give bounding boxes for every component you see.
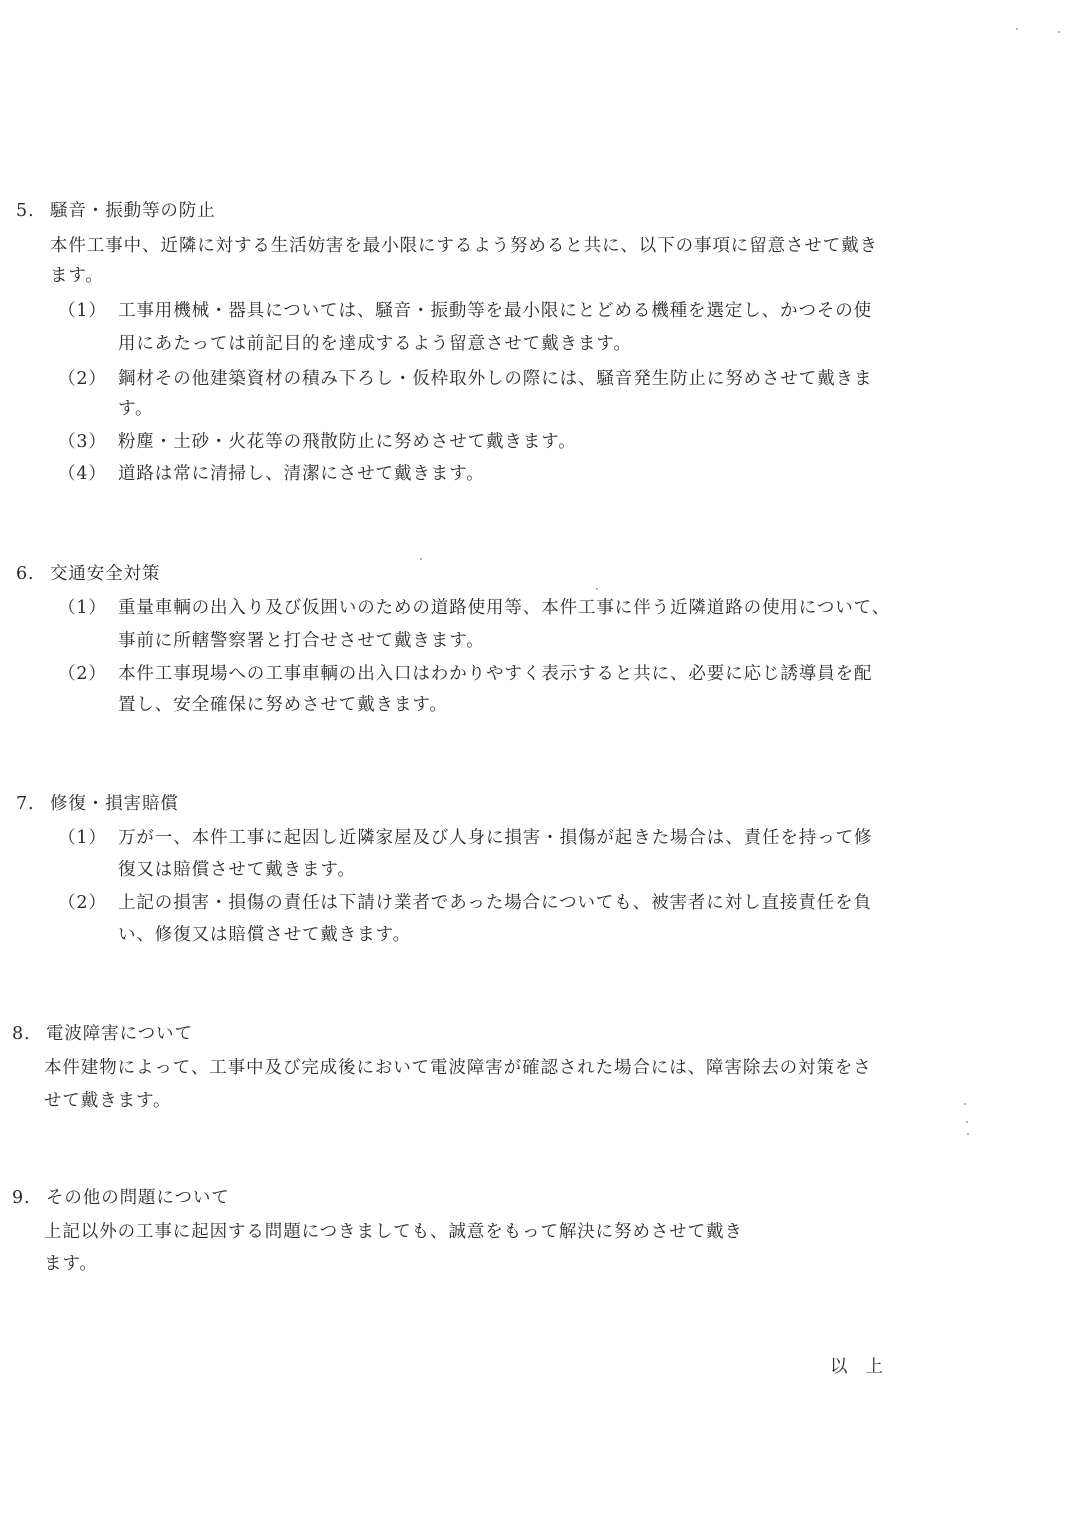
item-text: 万が一、本件工事に起因し近隣家屋及び人身に損害・損傷が起きた場合は、責任を持って… <box>118 828 872 848</box>
section-5-item-1-cont: 用にあたっては前記目的を達成するよう留意させて戴きます。 <box>118 333 632 355</box>
section-title: 電波障害について <box>46 1024 193 1044</box>
section-9-intro-line-1: 上記以外の工事に起因する問題につきましても、誠意をもって解決に努めさせて戴き <box>44 1221 743 1243</box>
section-6-item-1: （1）重量車輌の出入り及び仮囲いのための道路使用等、本件工事に伴う近隣道路の使用… <box>58 597 890 619</box>
document-page: 5.騒音・振動等の防止 本件工事中、近隣に対する生活妨害を最小限にするよう努める… <box>0 0 1086 1536</box>
item-text: 工事用機械・器具については、騒音・振動等を最小限にとどめる機種を選定し、かつその… <box>118 301 872 321</box>
section-6-item-1-cont: 事前に所轄警察署と打合せさせて戴きます。 <box>118 630 485 652</box>
section-number: 7. <box>16 793 50 815</box>
item-label: （2） <box>58 368 118 390</box>
item-label: （1） <box>58 597 118 619</box>
section-5-heading: 5.騒音・振動等の防止 <box>16 200 216 222</box>
item-text: 本件工事現場への工事車輌の出入口はわかりやすく表示すると共に、必要に応じ誘導員を… <box>118 664 872 684</box>
section-number: 8. <box>12 1023 46 1045</box>
section-5-item-2: （2）鋼材その他建築資材の積み下ろし・仮枠取外しの際には、騒音発生防止に努めさせ… <box>58 368 872 390</box>
section-6-item-2-cont: 置し、安全確保に努めさせて戴きます。 <box>118 694 448 716</box>
item-text: 鋼材その他建築資材の積み下ろし・仮枠取外しの際には、騒音発生防止に努めさせて戴き… <box>118 369 872 389</box>
section-5-intro-line-2: ます。 <box>50 265 104 287</box>
item-text: 重量車輌の出入り及び仮囲いのための道路使用等、本件工事に伴う近隣道路の使用につい… <box>118 598 890 618</box>
scan-speck <box>420 558 422 560</box>
scan-speck <box>967 1133 969 1135</box>
scan-speck <box>596 588 598 590</box>
section-5-item-3: （3）粉塵・土砂・火花等の飛散防止に努めさせて戴きます。 <box>58 431 577 453</box>
scan-speck <box>1058 31 1060 33</box>
section-number: 9. <box>12 1187 46 1209</box>
section-5-item-4: （4）道路は常に清掃し、清潔にさせて戴きます。 <box>58 463 485 485</box>
section-8-intro-line-2: せて戴きます。 <box>44 1090 171 1112</box>
item-text: 粉塵・土砂・火花等の飛散防止に努めさせて戴きます。 <box>118 432 577 452</box>
section-title: 修復・損害賠償 <box>50 794 179 814</box>
item-label: （2） <box>58 892 118 914</box>
section-8-heading: 8.電波障害について <box>12 1023 193 1045</box>
section-number: 6. <box>16 563 50 585</box>
section-5-intro-line-1: 本件工事中、近隣に対する生活妨害を最小限にするよう努めると共に、以下の事項に留意… <box>50 235 878 257</box>
scan-speck <box>1016 28 1018 30</box>
section-title: 騒音・振動等の防止 <box>50 201 216 221</box>
section-7-heading: 7.修復・損害賠償 <box>16 793 179 815</box>
closing-mark: 以上 <box>830 1356 901 1378</box>
item-label: （3） <box>58 431 118 453</box>
section-9-intro-line-2: ます。 <box>44 1253 98 1275</box>
section-5-item-1: （1）工事用機械・器具については、騒音・振動等を最小限にとどめる機種を選定し、か… <box>58 300 872 322</box>
section-5-item-2-cont: す。 <box>118 398 153 420</box>
section-7-item-1: （1）万が一、本件工事に起因し近隣家屋及び人身に損害・損傷が起きた場合は、責任を… <box>58 827 872 849</box>
section-title: その他の問題について <box>46 1188 230 1208</box>
scan-speck <box>964 1103 966 1105</box>
section-9-heading: 9.その他の問題について <box>12 1187 230 1209</box>
item-label: （1） <box>58 827 118 849</box>
section-6-item-2: （2）本件工事現場への工事車輌の出入口はわかりやすく表示すると共に、必要に応じ誘… <box>58 663 872 685</box>
section-7-item-2-cont: い、修復又は賠償させて戴きます。 <box>118 924 411 946</box>
section-title: 交通安全対策 <box>50 564 160 584</box>
item-label: （4） <box>58 463 118 485</box>
item-text: 上記の損害・損傷の責任は下請け業者であった場合についても、被害者に対し直接責任を… <box>118 893 872 913</box>
item-label: （1） <box>58 300 118 322</box>
section-6-heading: 6.交通安全対策 <box>16 563 160 585</box>
item-text: 道路は常に清掃し、清潔にさせて戴きます。 <box>118 464 485 484</box>
section-8-intro-line-1: 本件建物によって、工事中及び完成後において電波障害が確認された場合には、障害除去… <box>44 1057 872 1079</box>
item-label: （2） <box>58 663 118 685</box>
section-number: 5. <box>16 200 50 222</box>
section-7-item-1-cont: 復又は賠償させて戴きます。 <box>118 859 356 881</box>
section-7-item-2: （2）上記の損害・損傷の責任は下請け業者であった場合についても、被害者に対し直接… <box>58 892 872 914</box>
scan-speck <box>966 1121 968 1123</box>
